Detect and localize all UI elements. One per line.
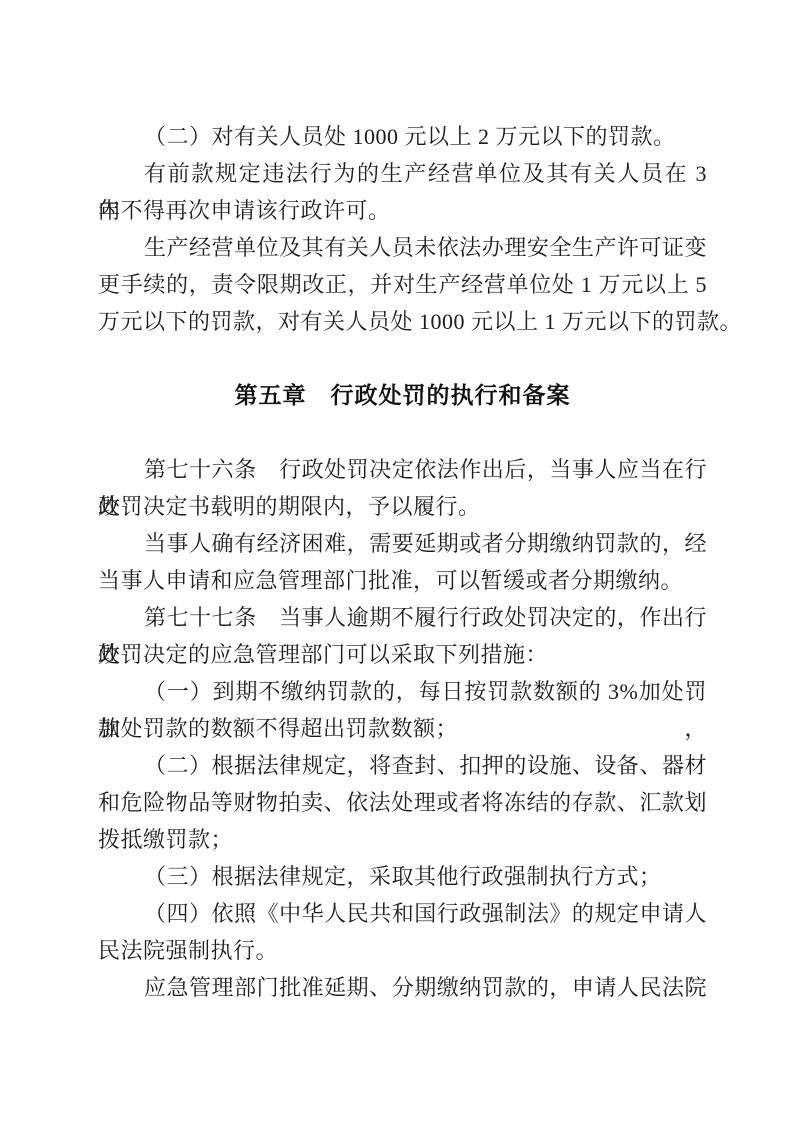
para-line: 第七十六条 行政处罚决定依法作出后，当事人应当在行政 [98,451,707,488]
para-line: 生产经营单位及其有关人员未依法办理安全生产许可证变 [98,229,707,266]
para-line: （二）对有关人员处 1000 元以上 2 万元以下的罚款。 [98,118,707,155]
para-line: 当事人确有经济困难，需要延期或者分期缴纳罚款的，经 [98,525,707,562]
para-line: 和危险物品等财物拍卖、依法处理或者将冻结的存款、汇款划 [98,784,707,821]
para-line: （三）根据法律规定，采取其他行政强制执行方式； [98,858,707,895]
para-line: 内不得再次申请该行政许可。 [98,192,707,229]
para-line: 有前款规定违法行为的生产经营单位及其有关人员在 3 年 [98,155,707,192]
blank-line [98,414,707,451]
para-line: 民法院强制执行。 [98,932,707,969]
blank-line [98,340,707,377]
document-body: （二）对有关人员处 1000 元以上 2 万元以下的罚款。有前款规定违法行为的生… [98,118,707,1006]
para-line: 处罚决定的应急管理部门可以采取下列措施： [98,636,707,673]
para-line: 万元以下的罚款，对有关人员处 1000 元以上 1 万元以下的罚款。 [98,303,707,340]
para-line: （一）到期不缴纳罚款的，每日按罚款数额的 3%加处罚款， [98,673,707,710]
para-line: 第七十七条 当事人逾期不履行行政处罚决定的，作出行政 [98,599,707,636]
para-line: 拨抵缴罚款； [98,821,707,858]
para-line: 更手续的，责令限期改正，并对生产经营单位处 1 万元以上 5 [98,266,707,303]
para-line: 当事人申请和应急管理部门批准，可以暂缓或者分期缴纳。 [98,562,707,599]
para-line: （四）依照《中华人民共和国行政强制法》的规定申请人 [98,895,707,932]
para-line: 处罚决定书载明的期限内，予以履行。 [98,488,707,525]
chapter-heading: 第五章 行政处罚的执行和备案 [98,377,707,414]
para-line: （二）根据法律规定，将查封、扣押的设施、设备、器材 [98,747,707,784]
document-page: （二）对有关人员处 1000 元以上 2 万元以下的罚款。有前款规定违法行为的生… [0,0,793,1122]
para-line: 应急管理部门批准延期、分期缴纳罚款的，申请人民法院 [98,969,707,1006]
